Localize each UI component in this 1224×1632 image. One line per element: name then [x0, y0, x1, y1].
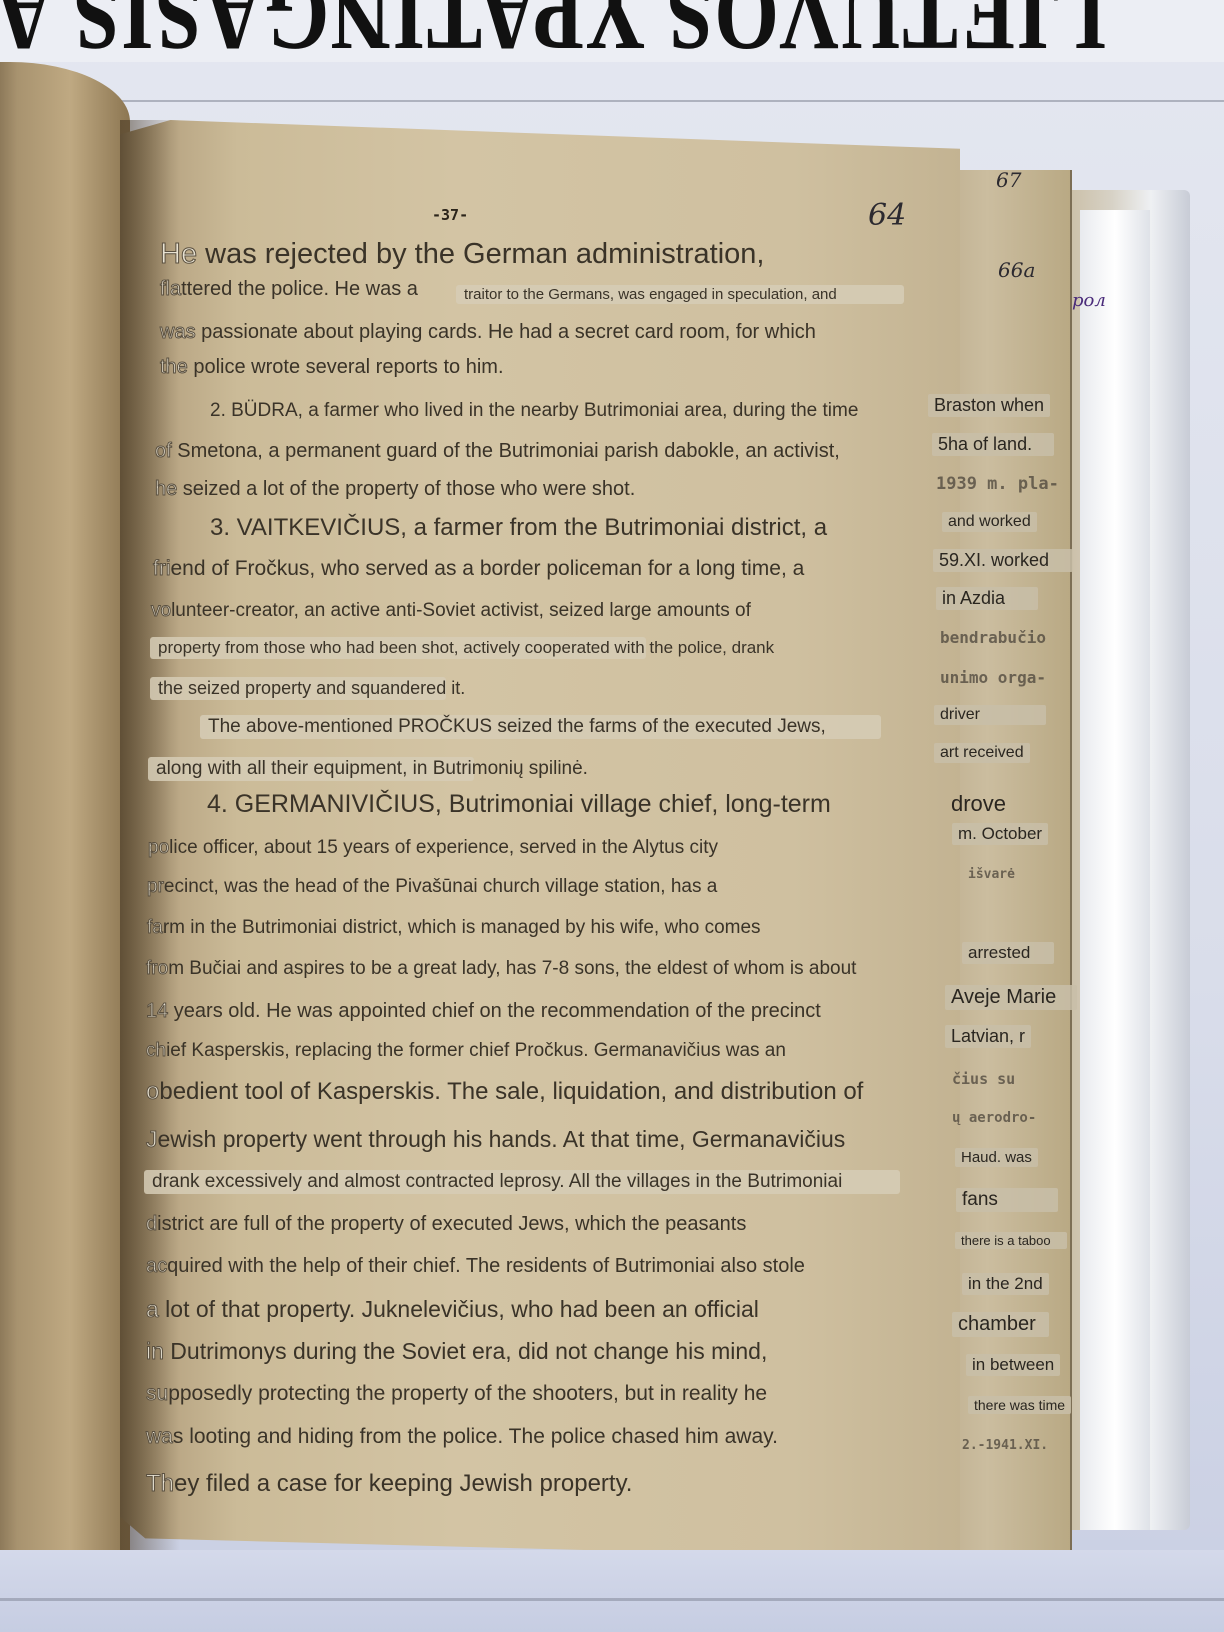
text-line: supposedly protecting the property of th…: [146, 1382, 767, 1406]
text-line: 3. VAITKEVIČIUS, a farmer from the Butri…: [210, 514, 827, 542]
side-note: driver: [934, 705, 1046, 725]
typed-fragment: čius su: [952, 1070, 1015, 1088]
side-note: drove: [945, 790, 1012, 818]
text-line: They filed a case for keeping Jewish pro…: [146, 1470, 632, 1498]
side-note: m. October: [952, 823, 1048, 845]
mirrored-archive-sign: LIETUVOS YPATINGASIS ARCHYV: [114, 0, 1106, 62]
text-line: a lot of that property. Juknelevičius, w…: [146, 1296, 759, 1323]
side-note: arrested: [962, 942, 1054, 964]
archive-banner: LIETUVOS YPATINGASIS ARCHYV: [0, 0, 1224, 62]
typed-fragment: išvarė: [968, 867, 1015, 882]
text-line: friend of Fročkus, who served as a borde…: [153, 557, 804, 581]
typed-fragment: 2.-1941.XI.: [962, 1438, 1048, 1453]
text-line: farm in the Butrimoniai district, which …: [147, 917, 761, 939]
handwritten-folio-66a: 66a: [998, 258, 1035, 282]
book-left-binding: [0, 62, 130, 1582]
side-note: art received: [934, 743, 1030, 763]
handwritten-purple-note: рол: [1072, 290, 1106, 311]
side-note: Latvian, r: [945, 1025, 1031, 1048]
shelf-line: [100, 100, 1224, 102]
text-line: chief Kasperskis, replacing the former c…: [146, 1040, 786, 1062]
text-line: police officer, about 15 years of experi…: [148, 837, 718, 859]
text-line: flattered the police. He was a: [160, 278, 418, 301]
text-line-highlighted: along with all their equipment, in Butri…: [148, 757, 474, 781]
text-line: acquired with the help of their chief. T…: [146, 1255, 805, 1278]
side-note: in between: [966, 1354, 1060, 1376]
typed-fragment: unimo orga-: [940, 668, 1046, 687]
side-note: in Azdia: [936, 587, 1038, 610]
page-number: -37-: [432, 206, 468, 224]
typed-fragment: ų aerodro-: [952, 1110, 1036, 1126]
white-back-sheet: [1080, 210, 1150, 1530]
text-line: Jewish property went through his hands. …: [146, 1126, 845, 1153]
text-line: the police wrote several reports to him.: [160, 356, 504, 379]
side-note: Haud. was: [955, 1148, 1038, 1167]
side-note: fans: [956, 1188, 1058, 1212]
side-note: and worked: [942, 512, 1037, 532]
text-line: of Smetona, a permanent guard of the But…: [155, 440, 840, 463]
side-note: Aveje Marie: [945, 985, 1077, 1010]
typed-fragment: 1939 m. pla-: [936, 474, 1059, 494]
text-line: from Bučiai and aspires to be a great la…: [146, 958, 856, 980]
side-note: in the 2nd: [962, 1273, 1049, 1295]
text-line: 4. GERMANIVIČIUS, Butrimoniai village ch…: [207, 790, 831, 819]
handwritten-folio-67: 67: [996, 168, 1021, 192]
side-note: 5ha of land.: [932, 433, 1054, 456]
text-line: was passionate about playing cards. He h…: [160, 321, 816, 344]
text-line: precinct, was the head of the Pivašūnai …: [147, 876, 717, 898]
text-line: He was rejected by the German administra…: [160, 238, 764, 271]
side-note: there was time: [968, 1396, 1071, 1414]
side-note: 59.XI. worked: [933, 549, 1073, 572]
side-note: there is a taboo: [955, 1232, 1067, 1249]
side-note: Braston when: [928, 394, 1050, 417]
table-edge: [0, 1598, 1224, 1601]
text-line: 2. BÜDRA, a farmer who lived in the near…: [210, 400, 858, 422]
text-line-highlighted: drank excessively and almost contracted …: [144, 1170, 900, 1194]
text-line-highlighted: traitor to the Germans, was engaged in s…: [456, 285, 904, 304]
text-line-highlighted: The above-mentioned PROČKUS seized the f…: [200, 715, 881, 739]
text-line: district are full of the property of exe…: [146, 1213, 746, 1236]
text-line: 14 years old. He was appointed chief on …: [146, 1000, 821, 1023]
typed-fragment: bendrabučio: [940, 628, 1046, 647]
side-note: chamber: [952, 1312, 1049, 1337]
text-line: he seized a lot of the property of those…: [155, 478, 635, 501]
text-line: obedient tool of Kasperskis. The sale, l…: [146, 1078, 863, 1106]
text-line-highlighted: the seized property and squandered it.: [150, 677, 446, 700]
table-surface: [0, 1550, 1224, 1632]
handwritten-folio-64: 64: [868, 198, 906, 233]
text-line-highlighted: property from those who had been shot, a…: [150, 637, 646, 659]
text-line: volunteer-creator, an active anti-Soviet…: [151, 600, 751, 622]
text-line: was looting and hiding from the police. …: [146, 1425, 778, 1449]
text-line: in Dutrimonys during the Soviet era, did…: [146, 1338, 767, 1365]
